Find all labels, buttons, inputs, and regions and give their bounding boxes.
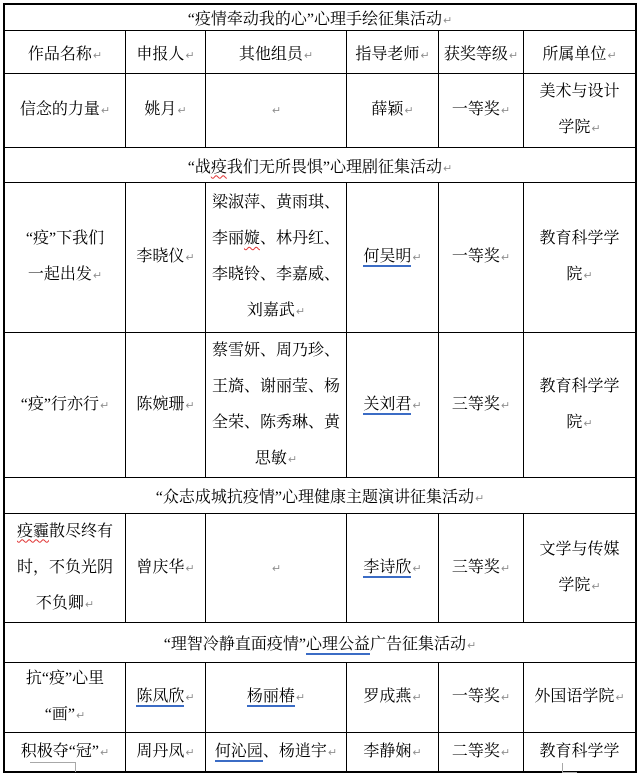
header-cell-advisor: 指导老师↵ (347, 31, 439, 73)
pilcrow-icon: ↵ (412, 251, 421, 264)
pilcrow-icon: ↵ (412, 691, 421, 704)
cell-award: 一等奖↵ (439, 663, 524, 732)
pilcrow-icon: ↵ (185, 251, 194, 264)
document-page: “疫情牵动我的心”心理手绘征集活动↵ 作品名称↵ 申报人↵ 其他组员↵ 指导老师… (0, 0, 640, 773)
awards-table: “疫情牵动我的心”心理手绘征集活动↵ 作品名称↵ 申报人↵ 其他组员↵ 指导老师… (3, 3, 637, 773)
linked-name: 何吴明 (363, 248, 411, 267)
linked-name: 何沁园 (215, 743, 263, 762)
section-title-text: “战疫我们无所畏惧”心理剧征集活动↵ (188, 154, 452, 177)
pilcrow-icon: ↵ (501, 562, 510, 575)
pilcrow-icon: ↵ (185, 49, 194, 62)
table-header-row: 作品名称↵ 申报人↵ 其他组员↵ 指导老师↵ 获奖等级↵ 所属单位↵ (5, 31, 635, 74)
header-label: 指导老师 (355, 46, 419, 63)
table-row: 信念的力量↵ 姚月↵ ↵ 薛颖↵ 一等奖↵ 美术与设计 学院↵ (5, 74, 635, 148)
pilcrow-icon: ↵ (100, 746, 109, 759)
pilcrow-icon: ↵ (509, 49, 518, 62)
pilcrow-icon: ↵ (501, 104, 510, 117)
spellcheck-underline: 疫 (211, 159, 227, 176)
cell-members: 杨丽椿↵ (206, 663, 347, 732)
cell-members: 梁淑萍、黄雨琪、 李丽嫙、林丹红、 李晓铃、李嘉威、 刘嘉武↵ (206, 183, 347, 332)
pilcrow-icon: ↵ (412, 746, 421, 759)
cell-advisor: 罗成燕↵ (347, 663, 439, 732)
pilcrow-icon: ↵ (501, 746, 510, 759)
table-row: 抗“疫”心里 “画”↵ 陈凤欣↵ 杨丽椿↵ 罗成燕↵ 一等奖↵ 外国语学院↵ (5, 663, 635, 733)
cell-applicant: 李晓仪↵ (126, 183, 206, 332)
section-title-row-2: “战疫我们无所畏惧”心理剧征集活动↵ (5, 148, 635, 183)
spellcheck-underline: 嫙 (244, 230, 260, 247)
pilcrow-icon: ↵ (101, 104, 110, 117)
cell-advisor: 李诗欣↵ (347, 514, 439, 622)
linked-name: 李诗欣 (363, 559, 411, 578)
linked-name: 关刘君 (363, 396, 411, 415)
header-label: 获奖等级 (444, 46, 508, 63)
cell-work: “疫”下我们 一起出发↵ (5, 183, 126, 332)
cell-work: 疫霾散尽终有 时，不负光阴 不负卿↵ (5, 514, 126, 622)
cell-unit: 文学与传媒 学院↵ (524, 514, 635, 622)
cell-applicant: 陈凤欣↵ (126, 663, 206, 732)
section-title-text: “众志成城抗疫情”心理健康主题演讲征集活动↵ (156, 484, 484, 507)
pilcrow-icon: ↵ (583, 269, 592, 282)
pilcrow-icon: ↵ (177, 104, 186, 117)
pilcrow-icon: ↵ (185, 399, 194, 412)
header-label: 申报人 (136, 46, 184, 63)
cell-applicant: 姚月↵ (126, 74, 206, 147)
cell-unit: 美术与设计 学院↵ (524, 74, 635, 147)
cell-award: 一等奖↵ (439, 74, 524, 147)
pilcrow-icon: ↵ (591, 122, 600, 135)
cell-members-empty: ↵ (206, 514, 347, 622)
section-title-1: “疫情牵动我的心”心理手绘征集活动 (188, 11, 442, 28)
cell-work: 抗“疫”心里 “画”↵ (5, 663, 126, 732)
pilcrow-icon: ↵ (501, 399, 510, 412)
header-label: 其他组员 (239, 46, 303, 63)
cell-unit: 教育科学学 院↵ (524, 183, 635, 332)
header-cell-work: 作品名称↵ (5, 31, 126, 73)
pilcrow-icon: ↵ (412, 562, 421, 575)
header-cell-award: 获奖等级↵ (439, 31, 524, 73)
cell-applicant: 周丹凤↵ (126, 733, 206, 771)
header-cell-applicant: 申报人↵ (126, 31, 206, 73)
cell-award: 一等奖↵ (439, 183, 524, 332)
pilcrow-icon: ↵ (328, 746, 337, 759)
pilcrow-icon: ↵ (591, 580, 600, 593)
pilcrow-icon: ↵ (100, 399, 109, 412)
cell-award: 三等奖↵ (439, 514, 524, 622)
pilcrow-icon: ↵ (607, 49, 616, 62)
linked-name: 陈凤欣 (136, 688, 184, 707)
header-cell-unit: 所属单位↵ (524, 31, 635, 73)
pilcrow-icon: ↵ (443, 162, 452, 175)
pilcrow-icon: ↵ (185, 746, 194, 759)
cell-members-empty: ↵ (206, 74, 347, 147)
pilcrow-icon: ↵ (185, 691, 194, 704)
pilcrow-icon: ↵ (85, 598, 94, 611)
header-label: 所属单位 (542, 46, 606, 63)
pilcrow-icon: ↵ (296, 691, 305, 704)
pilcrow-icon: ↵ (412, 399, 421, 412)
cell-unit: 教育科学学 (524, 733, 635, 771)
text-boundary-mark (30, 762, 76, 772)
cell-applicant: 曾庆华↵ (126, 514, 206, 622)
cell-unit: 教育科学学 院↵ (524, 333, 635, 477)
text-boundary-mark (562, 763, 577, 773)
table-row: “疫”行亦行↵ 陈婉珊↵ 蔡雪妍、周乃珍、 王旖、谢丽莹、杨 全荣、陈秀琳、黄 … (5, 333, 635, 478)
spellcheck-underline: 疫霾 (17, 523, 49, 540)
pilcrow-icon: ↵ (501, 251, 510, 264)
section-title-row-1: “疫情牵动我的心”心理手绘征集活动↵ (5, 5, 635, 31)
cell-award: 二等奖↵ (439, 733, 524, 771)
pilcrow-icon: ↵ (93, 269, 102, 282)
cell-advisor: 何吴明↵ (347, 183, 439, 332)
cell-unit: 外国语学院↵ (524, 663, 635, 732)
table-row: 积极夺“冠”↵ 周丹凤↵ 何沁园、杨逍宇↵ 李静娴↵ 二等奖↵ 教育科学学 (5, 733, 635, 771)
section-title-text: “理智冷静直面疫情”心理公益广告征集活动↵ (164, 631, 476, 654)
pilcrow-icon: ↵ (296, 305, 305, 318)
table-row: 疫霾散尽终有 时，不负光阴 不负卿↵ 曾庆华↵ ↵ 李诗欣↵ 三等奖↵ 文学与传… (5, 514, 635, 623)
linked-phrase: 心理公益 (306, 636, 370, 655)
pilcrow-icon: ↵ (93, 49, 102, 62)
section-title-row-4: “理智冷静直面疫情”心理公益广告征集活动↵ (5, 623, 635, 663)
pilcrow-icon: ↵ (272, 562, 281, 575)
section-title-row-3: “众志成城抗疫情”心理健康主题演讲征集活动↵ (5, 478, 635, 514)
pilcrow-icon: ↵ (467, 639, 476, 652)
cell-work: “疫”行亦行↵ (5, 333, 126, 477)
pilcrow-icon: ↵ (404, 104, 413, 117)
pilcrow-icon: ↵ (475, 492, 484, 505)
pilcrow-icon: ↵ (501, 691, 510, 704)
pilcrow-icon: ↵ (615, 691, 624, 704)
cell-work: 信念的力量↵ (5, 74, 126, 147)
cell-advisor: 李静娴↵ (347, 733, 439, 771)
header-cell-members: 其他组员↵ (206, 31, 347, 73)
pilcrow-icon: ↵ (420, 49, 429, 62)
pilcrow-icon: ↵ (76, 709, 85, 722)
cell-members: 蔡雪妍、周乃珍、 王旖、谢丽莹、杨 全荣、陈秀琳、黄 思敏↵ (206, 333, 347, 477)
table-row: “疫”下我们 一起出发↵ 李晓仪↵ 梁淑萍、黄雨琪、 李丽嫙、林丹红、 李晓铃、… (5, 183, 635, 333)
pilcrow-icon: ↵ (272, 104, 281, 117)
cell-advisor: 关刘君↵ (347, 333, 439, 477)
cell-award: 三等奖↵ (439, 333, 524, 477)
section-title-text: “疫情牵动我的心”心理手绘征集活动↵ (188, 6, 452, 29)
cell-advisor: 薛颖↵ (347, 74, 439, 147)
pilcrow-icon: ↵ (185, 562, 194, 575)
pilcrow-icon: ↵ (304, 49, 313, 62)
pilcrow-icon: ↵ (443, 14, 452, 27)
linked-name: 杨丽椿 (247, 688, 295, 707)
cell-applicant: 陈婉珊↵ (126, 333, 206, 477)
pilcrow-icon: ↵ (288, 453, 297, 466)
header-label: 作品名称 (28, 46, 92, 63)
cell-members: 何沁园、杨逍宇↵ (206, 733, 347, 771)
pilcrow-icon: ↵ (583, 417, 592, 430)
